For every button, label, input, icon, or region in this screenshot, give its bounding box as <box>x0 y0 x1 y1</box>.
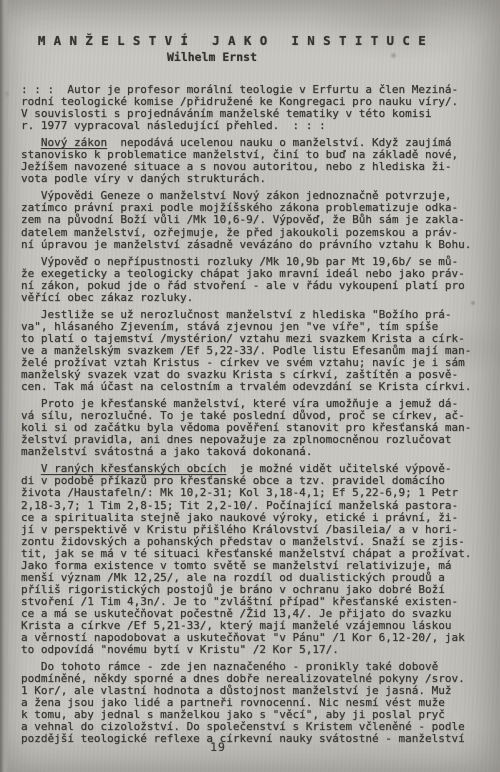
paragraph: Nový zákon nepodává ucelenou nauku o man… <box>21 137 489 185</box>
scanned-page: M A N Ž E L S T V Í J A K O I N S T I T … <box>0 0 500 772</box>
document-body: : : : Autor je profesor morální teologie… <box>21 84 489 750</box>
paragraph: Proto je křesťanské manželství, které ví… <box>21 398 489 458</box>
paragraph-lead: V raných křesťanských obcích <box>41 462 226 475</box>
paragraph: : : : Autor je profesor morální teologie… <box>21 84 489 132</box>
paragraph-lead: Nový zákon <box>41 136 107 149</box>
scan-edge-shadow <box>0 0 10 772</box>
paragraph: Výpověď o nepřípustnosti rozluky /Mk 10,… <box>21 256 489 304</box>
paragraph: Výpovědi Geneze o manželství Nový zákon … <box>21 190 489 250</box>
paragraph: V raných křesťanských obcích je možné vi… <box>21 463 489 656</box>
paragraph: Jestliže se už nerozlučnost manželství z… <box>21 309 489 393</box>
author-name: Wilhelm Ernst <box>0 50 462 64</box>
page-number: 19 <box>0 740 468 754</box>
paragraph: Do tohoto rámce - zde jen naznačeného - … <box>21 661 489 745</box>
document-title: M A N Ž E L S T V Í J A K O I N S T I T … <box>0 33 482 48</box>
